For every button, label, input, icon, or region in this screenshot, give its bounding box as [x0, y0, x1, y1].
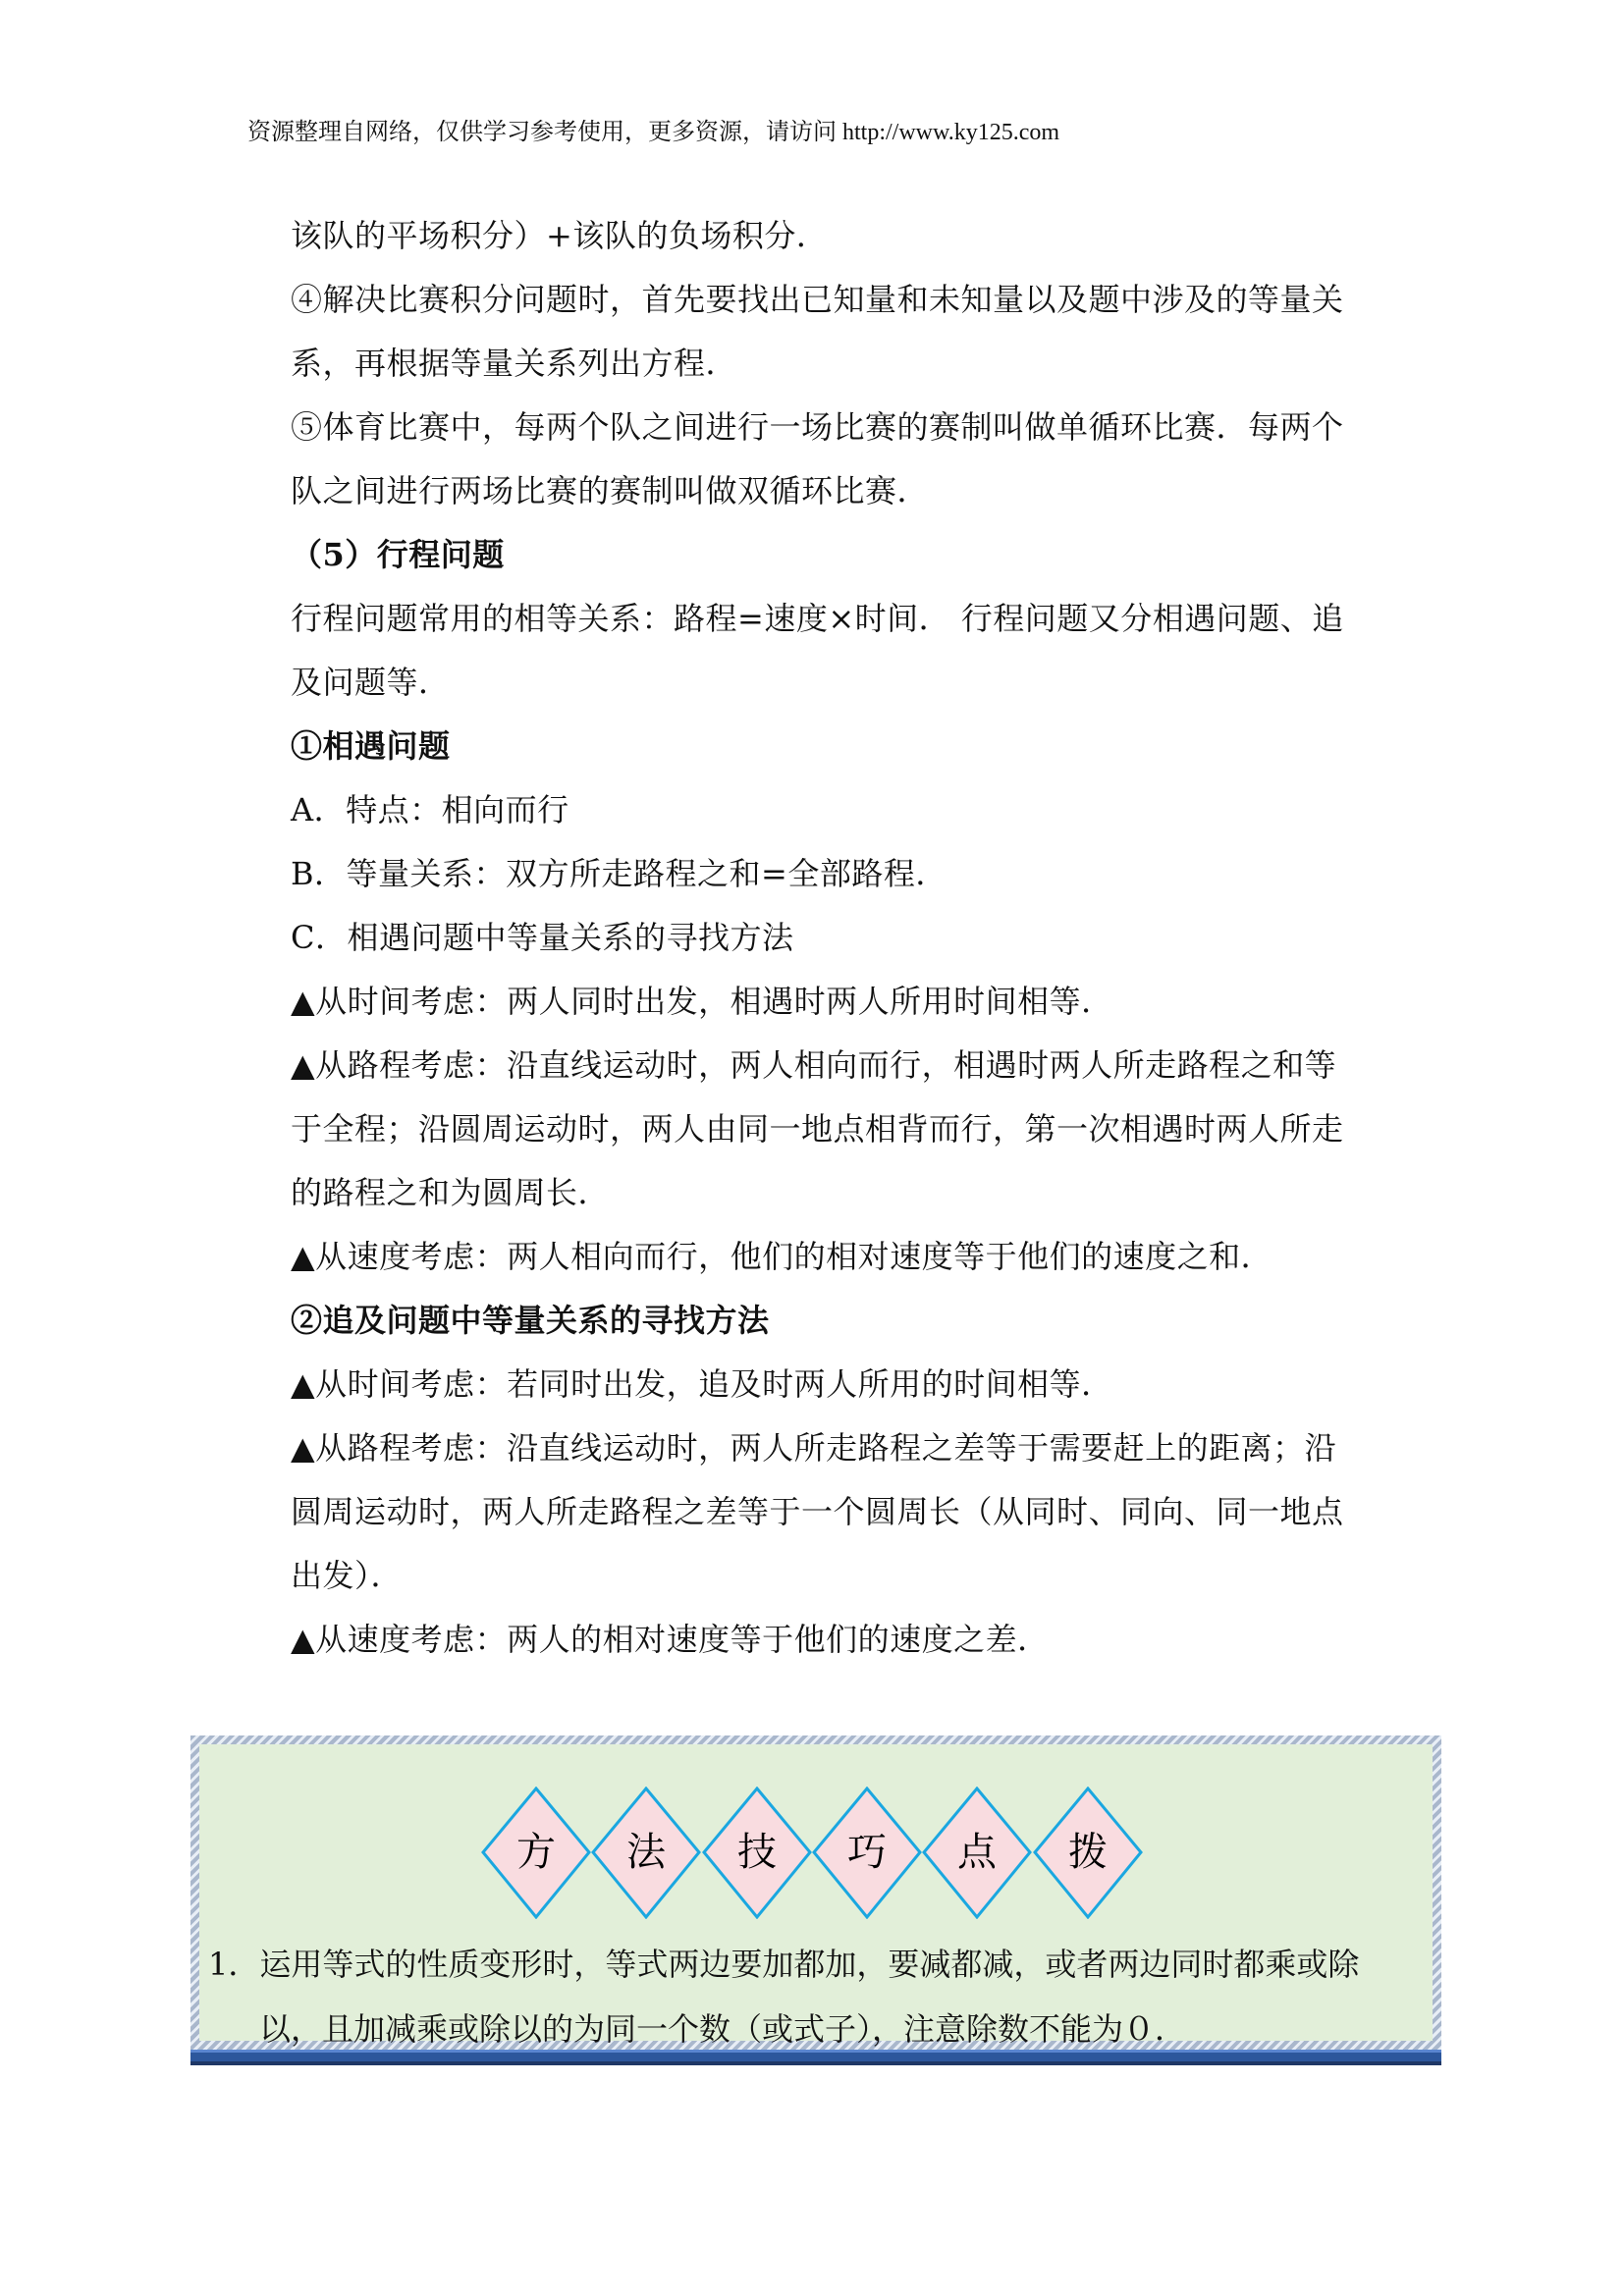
title-diamond: 巧 — [812, 1787, 922, 1919]
title-char: 点 — [922, 1787, 1032, 1919]
text-line: A．特点：相向而行 — [291, 778, 1400, 842]
bullet-line: ▲从时间考虑：两人同时出发，相遇时两人所用时间相等． — [291, 970, 1400, 1034]
title-diamond: 点 — [922, 1787, 1032, 1919]
title-char: 技 — [702, 1787, 812, 1919]
text-line: 圆周运动时，两人所走路程之差等于一个圆周长（从同时、同向、同一地点 — [291, 1480, 1400, 1544]
text-line: 的路程之和为圆周长． — [291, 1161, 1400, 1225]
document-body: 该队的平场积分）+该队的负场积分． ④解决比赛积分问题时，首先要找出已知量和未知… — [291, 204, 1400, 1672]
text-line: 该队的平场积分）+该队的负场积分． — [291, 204, 1400, 268]
bullet-line: ▲从路程考虑：沿直线运动时，两人所走路程之差等于需要赶上的距离；沿 — [291, 1416, 1400, 1480]
subheading-meeting-problems: ①相遇问题 — [291, 715, 1400, 778]
text-line: 行程问题常用的相等关系：路程=速度×时间． 行程问题又分相遇问题、追 — [291, 587, 1400, 651]
title-diamond: 方 — [481, 1787, 591, 1919]
section-heading-travel-problems: （5）行程问题 — [291, 523, 1400, 587]
text-line: 出发）． — [291, 1544, 1400, 1608]
text-line: ⑤体育比赛中，每两个队之间进行一场比赛的赛制叫做单循环比赛．每两个 — [291, 396, 1400, 459]
tip-line: 1．运用等式的性质变形时，等式两边要加都加，要减都减，或者两边同时都乘或除 — [208, 1932, 1426, 1997]
text-line: C．相遇问题中等量关系的寻找方法 — [291, 906, 1400, 970]
text-line: 系，再根据等量关系列出方程． — [291, 332, 1400, 396]
tip-item: 1．运用等式的性质变形时，等式两边要加都加，要减都减，或者两边同时都乘或除 以，… — [208, 1932, 1426, 2061]
subheading-chase-problems: ②追及问题中等量关系的寻找方法 — [291, 1289, 1400, 1353]
tip-line: 以，且加减乘或除以的为同一个数（或式子），注意除数不能为０． — [208, 1997, 1426, 2061]
text-line: 及问题等． — [291, 651, 1400, 715]
title-char: 法 — [591, 1787, 701, 1919]
bullet-line: ▲从路程考虑：沿直线运动时，两人相向而行，相遇时两人所走路程之和等 — [291, 1034, 1400, 1097]
bullet-line: ▲从速度考虑：两人相向而行，他们的相对速度等于他们的速度之和． — [291, 1225, 1400, 1289]
bullet-line: ▲从速度考虑：两人的相对速度等于他们的速度之差． — [291, 1608, 1400, 1672]
title-diamond: 技 — [702, 1787, 812, 1919]
method-tips-box: 方 法 技 巧 点 拨 1．运用等式的性质变形时，等式两边要加都加，要减都减，或… — [190, 1735, 1441, 2065]
text-line: 于全程；沿圆周运动时，两人由同一地点相背而行，第一次相遇时两人所走 — [291, 1097, 1400, 1161]
title-diamond: 拨 — [1033, 1787, 1143, 1919]
title-diamond: 法 — [591, 1787, 701, 1919]
source-notice: 资源整理自网络，仅供学习参考使用，更多资源，请访问 http://www.ky1… — [247, 118, 1059, 147]
bullet-line: ▲从时间考虑：若同时出发，追及时两人所用的时间相等． — [291, 1353, 1400, 1416]
title-char: 方 — [481, 1787, 591, 1919]
text-line: B．等量关系：双方所走路程之和=全部路程． — [291, 842, 1400, 906]
text-line: ④解决比赛积分问题时，首先要找出已知量和未知量以及题中涉及的等量关 — [291, 268, 1400, 332]
text-line: 队之间进行两场比赛的赛制叫做双循环比赛． — [291, 459, 1400, 523]
title-char: 巧 — [812, 1787, 922, 1919]
title-char: 拨 — [1033, 1787, 1143, 1919]
